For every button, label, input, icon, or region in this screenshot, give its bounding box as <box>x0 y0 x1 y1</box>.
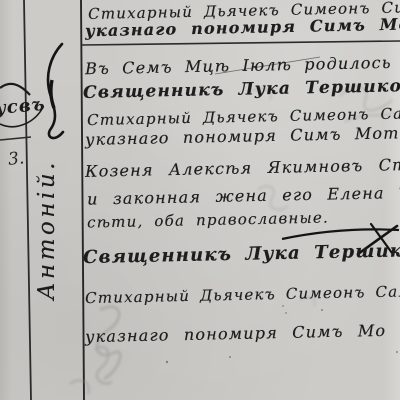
manuscript-page: усвъ 3. Антоній. Стихарный Дьячекъ Симео… <box>0 0 400 400</box>
handwriting-line-4: Священникъ Лука Тершиковскій <box>83 75 400 103</box>
entry-divider-rule <box>82 41 400 45</box>
margin-overflow-word: усвъ <box>0 94 46 119</box>
column-rule-right <box>81 0 84 400</box>
handwriting-line-3: Въ Семъ Мцѣ Іюлѣ родилось Мужеска <box>85 51 400 79</box>
entry-number: 3. <box>7 148 25 170</box>
handwriting-line-8: и законная жена его Елена Тер <box>87 182 400 208</box>
handwriting-line-10: Священникъ Лука Тершиковскій <box>83 239 400 268</box>
ink-bleedthrough-ghost-bottom-left <box>70 307 120 394</box>
handwriting-line-11: Стихарный Дьячекъ Симеонъ Самойловъ <box>85 281 400 307</box>
margin-divider-rule <box>0 137 31 140</box>
pen-flourish-column <box>48 44 63 138</box>
entry-name-vertical: Антоній. <box>34 159 60 300</box>
column-rule-left <box>24 0 31 400</box>
handwriting-line-9: сѣти, оба православные. <box>87 208 329 231</box>
handwriting-line-7: Козеня Алексѣя Якимновъ Струго <box>85 154 400 181</box>
handwriting-line-12: указнаго пономиря Симъ Мо <box>85 321 387 346</box>
